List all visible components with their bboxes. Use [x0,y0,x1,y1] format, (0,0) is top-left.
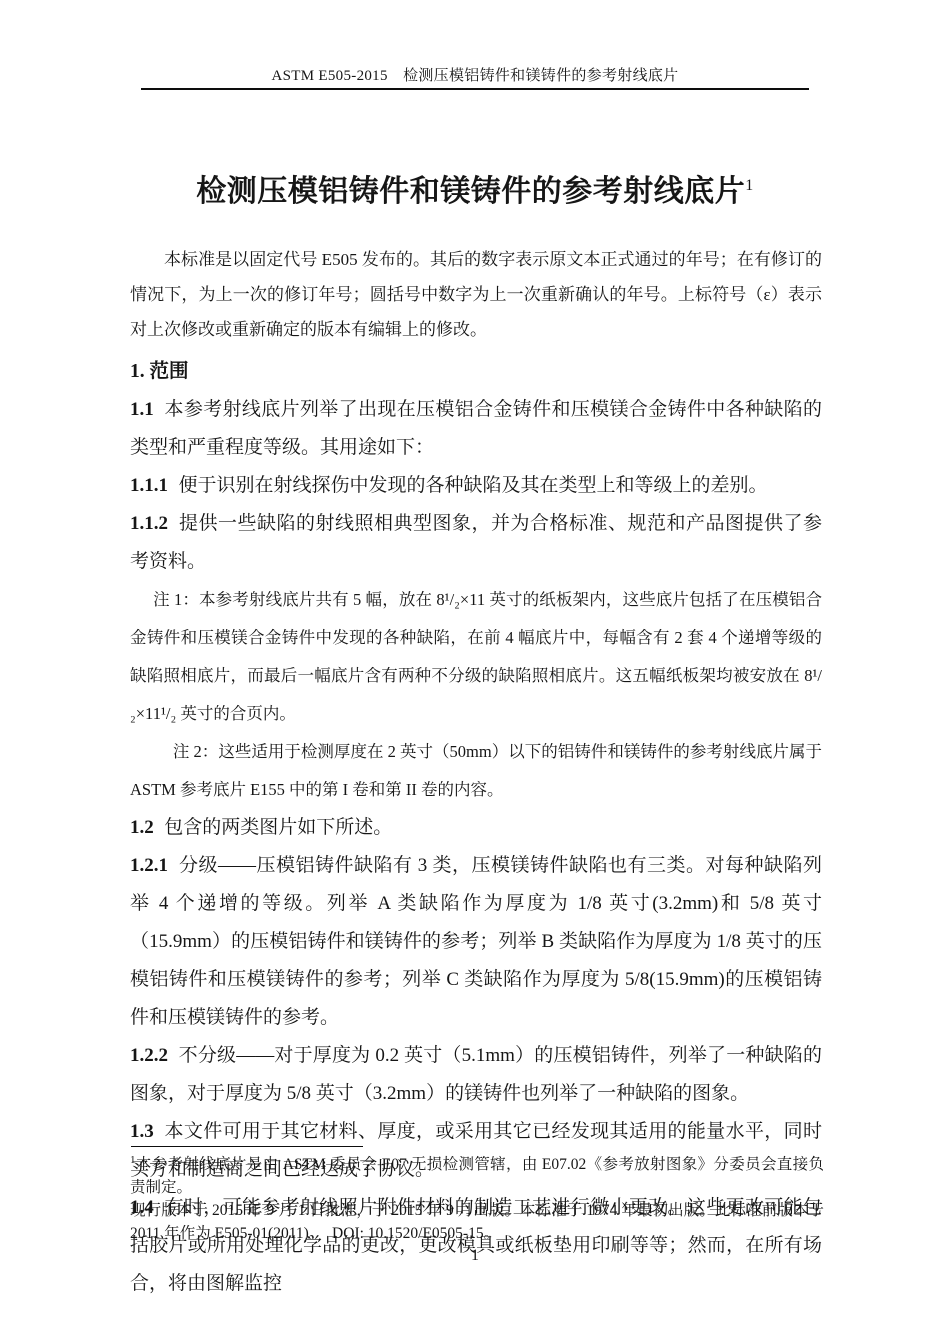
paragraph-number: 1.3 [130,1121,154,1142]
footnote-1-text: 本参考射线底片是由 ASTM 委员会 E07 无损检测管辖，由 E07.02《参… [130,1156,824,1196]
paragraph-1-1-2: 1.1.2提供一些缺陷的射线照相典型图象，并为合格标准、规范和产品图提供了参考资… [130,505,822,581]
note-2: 注 2：这些适用于检测厚度在 2 英寸（50mm）以下的铝铸件和镁铸件的参考射线… [130,733,822,809]
footnote-history: 现行版本于 2015 年 9 月 1 日批准，于 2015 年 9 月出版。本标… [130,1199,824,1245]
paragraph-text: 提供一些缺陷的射线照相典型图象，并为合格标准、规范和产品图提供了参考资料。 [130,513,822,572]
paragraph-1-1: 1.1本参考射线底片列举了出现在压模铝合金铸件和压模镁合金铸件中各种缺陷的类型和… [130,391,822,467]
paragraph-1-1-1: 1.1.1便于识别在射线探伤中发现的各种缺陷及其在类型上和等级上的差别。 [130,467,822,505]
paragraph-text: 本参考射线底片列举了出现在压模铝合金铸件和压模镁合金铸件中各种缺陷的类型和严重程… [130,399,822,458]
paragraph-number: 1.1.1 [130,475,168,496]
paragraph-1-2: 1.2包含的两类图片如下所述。 [130,809,822,847]
paragraph-number: 1.2.2 [130,1045,168,1066]
footnote-1: 1本参考射线底片是由 ASTM 委员会 E07 无损检测管辖，由 E07.02《… [130,1153,824,1199]
paragraph-number: 1.2.1 [130,855,168,876]
document-title: 检测压模铝铸件和镁铸件的参考射线底片1 [130,170,820,214]
footnote-block: 1本参考射线底片是由 ASTM 委员会 E07 无损检测管辖，由 E07.02《… [130,1153,824,1245]
paragraph-text: 包含的两类图片如下所述。 [164,817,392,838]
running-header: ASTM E505-2015 检测压模铝铸件和镁铸件的参考射线底片 [130,64,820,85]
paragraph-1-2-1: 1.2.1分级——压模铝铸件缺陷有 3 类，压模镁铸件缺陷也有三类。对每种缺陷列… [130,847,822,1037]
footnote-separator-rule [131,1146,363,1147]
paragraph-1-2-2: 1.2.2不分级——对于厚度为 0.2 英寸（5.1mm）的压模铝铸件，列举了一… [130,1037,822,1113]
paragraph-number: 1.1.2 [130,513,168,534]
paragraph-number: 1.2 [130,817,154,838]
paragraph-text: 分级——压模铝铸件缺陷有 3 类，压模镁铸件缺陷也有三类。对每种缺陷列举 4 个… [130,855,822,1028]
paragraph-text: 便于识别在射线探伤中发现的各种缺陷及其在类型上和等级上的差别。 [178,475,767,496]
standard-designation-note: 本标准是以固定代号 E505 发布的。其后的数字表示原文本正式通过的年号；在有修… [130,242,822,347]
header-rule [141,88,809,90]
paragraph-number: 1.1 [130,399,154,420]
page-number: 1 [0,1247,950,1265]
paragraph-text: 不分级——对于厚度为 0.2 英寸（5.1mm）的压模铝铸件，列举了一种缺陷的图… [130,1045,822,1104]
document-page: ASTM E505-2015 检测压模铝铸件和镁铸件的参考射线底片 检测压模铝铸… [0,0,950,1344]
title-footnote-marker: 1 [745,177,754,194]
note-1: 注 1：本参考射线底片共有 5 幅，放在 8¹/₂×11 英寸的纸板架内，这些底… [130,581,822,733]
document-title-text: 检测压模铝铸件和镁铸件的参考射线底片 [196,175,745,208]
section-heading: 1. 范围 [130,353,822,391]
